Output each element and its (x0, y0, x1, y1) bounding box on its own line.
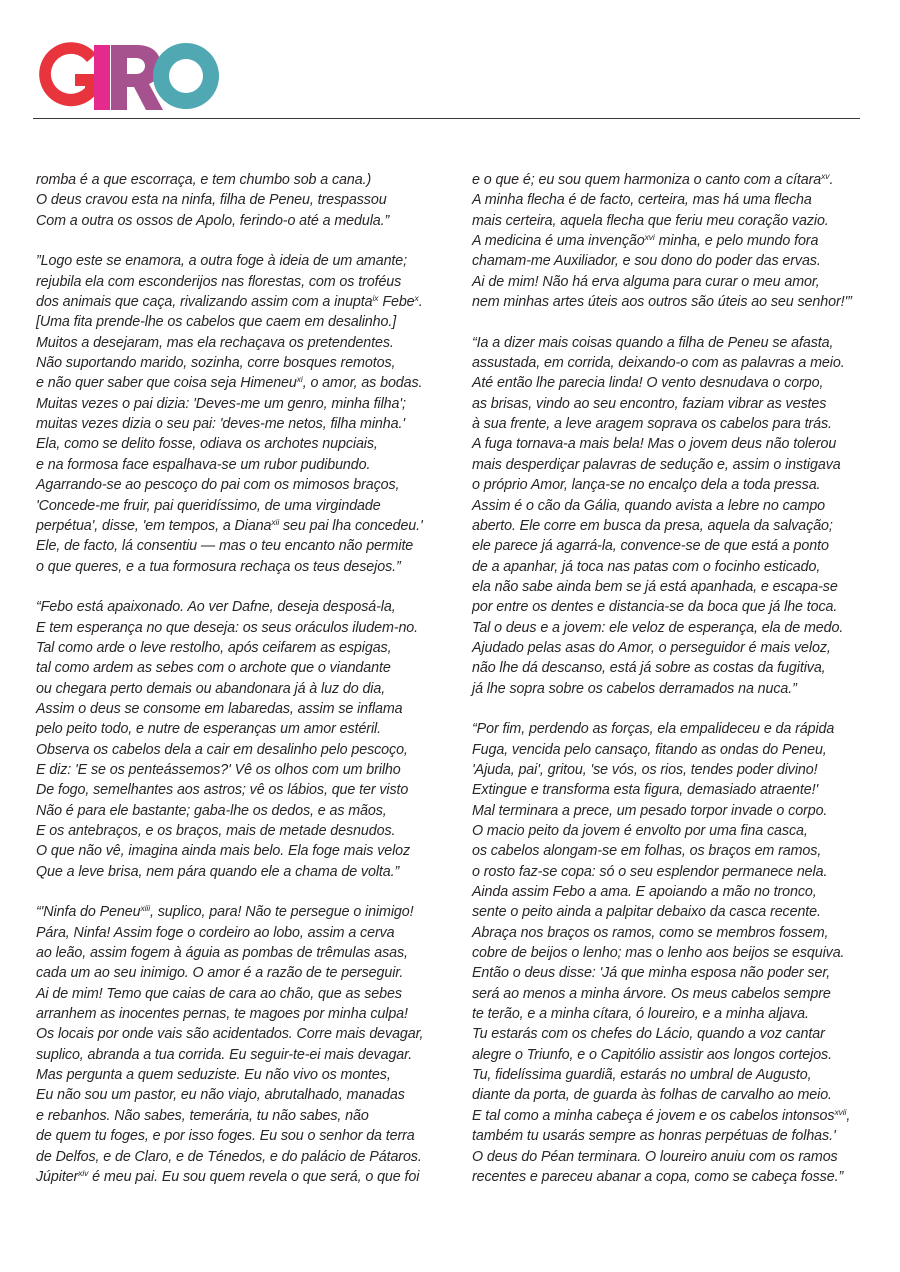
verse-line: “'Ninfa do Peneuxiii, suplico, para! Não… (36, 902, 456, 922)
verse-text: , (846, 1108, 850, 1124)
stanza: “'Ninfa do Peneuxiii, suplico, para! Não… (36, 902, 456, 1187)
verse-line: assustada, em corrida, deixando-o com as… (472, 353, 892, 373)
verse-line: Assim é o cão da Gália, quando avista a … (472, 496, 892, 516)
verse-line: perpétua', disse, 'em tempos, a Dianaxii… (36, 516, 456, 536)
verse-text: minha, e pelo mundo fora (655, 233, 819, 249)
verse-line: Ajudado pelas asas do Amor, o perseguido… (472, 638, 892, 658)
verse-line: Assim o deus se consome em labaredas, as… (36, 699, 456, 719)
verse-line: mais certeira, aquela flecha que feriu m… (472, 211, 892, 231)
verse-line: E tem esperança no que deseja: os seus o… (36, 618, 456, 638)
verse-line: Até então lhe parecia linda! O vento des… (472, 373, 892, 393)
footnote-marker: xiii (140, 903, 150, 913)
verse-line: ele parece já agarrá-la, convence-se de … (472, 536, 892, 556)
verse-text: A medicina é uma invenção (472, 233, 645, 249)
verse-line: rejubila ela com esconderijos nas flores… (36, 272, 456, 292)
text-column-right: e o que é; eu sou quem harmoniza o canto… (472, 170, 892, 1208)
verse-line: o que queres, e a tua formosura rechaça … (36, 557, 456, 577)
verse-line: Mas pergunta a quem seduziste. Eu não vi… (36, 1065, 456, 1085)
verse-text: E tal como a minha cabeça é jovem e os c… (472, 1108, 834, 1124)
verse-line: de quem tu foges, e por isso foges. Eu s… (36, 1126, 456, 1146)
verse-line: Eu não sou um pastor, eu não viajo, abru… (36, 1085, 456, 1105)
verse-line: Ai de mim! Temo que caias de cara ao chã… (36, 984, 456, 1004)
verse-line: Os locais por onde vais são acidentados.… (36, 1024, 456, 1044)
verse-line: O que não vê, imagina ainda mais belo. E… (36, 841, 456, 861)
verse-line: Observa os cabelos dela a cair em desali… (36, 740, 456, 760)
verse-line: aberto. Ele corre em busca da presa, aqu… (472, 516, 892, 536)
verse-line: Tal o deus e a jovem: ele veloz de esper… (472, 618, 892, 638)
verse-line: O deus cravou esta na ninfa, filha de Pe… (36, 190, 456, 210)
stanza: “Febo está apaixonado. Ao ver Dafne, des… (36, 597, 456, 882)
verse-line: Tal como arde o leve restolho, após ceif… (36, 638, 456, 658)
verse-line: Tu estarás com os chefes do Lácio, quand… (472, 1024, 892, 1044)
verse-text: e não quer saber que coisa seja Himeneu (36, 375, 297, 391)
verse-line: de a apanhar, já toca nas patas com o fo… (472, 557, 892, 577)
giro-logo-icon (33, 42, 223, 112)
verse-line: Muitas vezes o pai dizia: 'Deves-me um g… (36, 394, 456, 414)
verse-line: recentes e pareceu abanar a copa, como s… (472, 1167, 892, 1187)
verse-line: Que a leve brisa, nem pára quando ele a … (36, 862, 456, 882)
stanza: “Ia a dizer mais coisas quando a filha d… (472, 333, 892, 699)
verse-line: ela não sabe ainda bem se já está apanha… (472, 577, 892, 597)
verse-line: Mal terminara a prece, um pesado torpor … (472, 801, 892, 821)
verse-line: Ainda assim Febo a ama. E apoiando a mão… (472, 882, 892, 902)
verse-line: 'Concede-me fruir, pai queridíssimo, de … (36, 496, 456, 516)
verse-line: A minha flecha é de facto, certeira, mas… (472, 190, 892, 210)
verse-line: romba é a que escorraça, e tem chumbo so… (36, 170, 456, 190)
verse-line: será ao menos a minha árvore. Os meus ca… (472, 984, 892, 1004)
verse-text: dos animais que caça, rivalizando assim … (36, 294, 373, 310)
verse-line: nem minhas artes úteis aos outros são út… (472, 292, 892, 312)
verse-line: te terão, e a minha cítara, ó loureiro, … (472, 1004, 892, 1024)
stanza: “Por fim, perdendo as forças, ela empali… (472, 719, 892, 1187)
verse-line: dos animais que caça, rivalizando assim … (36, 292, 456, 312)
verse-text: perpétua', disse, 'em tempos, a Diana (36, 518, 271, 534)
footnote-marker: xiv (78, 1168, 88, 1178)
verse-line: as brisas, vindo ao seu encontro, faziam… (472, 394, 892, 414)
verse-line: Ele, de facto, lá consentiu — mas o teu … (36, 536, 456, 556)
verse-line: A medicina é uma invençãoxvi minha, e pe… (472, 231, 892, 251)
verse-line: E diz: 'E se os penteássemos?' Vê os olh… (36, 760, 456, 780)
verse-line: Com a outra os ossos de Apolo, ferindo-o… (36, 211, 456, 231)
verse-line: A fuga tornava-a mais bela! Mas o jovem … (472, 434, 892, 454)
verse-line: Abraça nos braços os ramos, como se memb… (472, 923, 892, 943)
verse-line: muitas vezes dizia o seu pai: 'deves-me … (36, 414, 456, 434)
verse-line: Tu, fidelíssima guardiã, estarás no umbr… (472, 1065, 892, 1085)
verse-line: o próprio Amor, lança-se no encalço dela… (472, 475, 892, 495)
verse-text: , o amor, as bodas. (303, 375, 423, 391)
verse-line: Fuga, vencida pelo cansaço, fitando as o… (472, 740, 892, 760)
verse-line: Então o deus disse: 'Já que minha esposa… (472, 963, 892, 983)
verse-line: E tal como a minha cabeça é jovem e os c… (472, 1106, 892, 1126)
verse-line: O deus do Péan terminara. O loureiro anu… (472, 1147, 892, 1167)
verse-line: “Ia a dizer mais coisas quando a filha d… (472, 333, 892, 353)
verse-text: “'Ninfa do Peneu (36, 904, 140, 920)
verse-line: Ela, como se delito fosse, odiava os arc… (36, 434, 456, 454)
verse-line: os cabelos alongam-se em folhas, os braç… (472, 841, 892, 861)
verse-line: sente o peito ainda a palpitar debaixo d… (472, 902, 892, 922)
verse-line: não lhe dá descanso, está já sobre as co… (472, 658, 892, 678)
verse-line: E os antebraços, e os braços, mais de me… (36, 821, 456, 841)
verse-line: pelo peito todo, e nutre de esperanças u… (36, 719, 456, 739)
footnote-marker: xii (271, 517, 279, 527)
stanza: e o que é; eu sou quem harmoniza o canto… (472, 170, 892, 312)
verse-line: Muitos a desejaram, mas ela rechaçava os… (36, 333, 456, 353)
verse-line: e rebanhos. Não sabes, temerária, tu não… (36, 1106, 456, 1126)
verse-line: [Uma fita prende-lhe os cabelos que caem… (36, 312, 456, 332)
verse-line: “Febo está apaixonado. Ao ver Dafne, des… (36, 597, 456, 617)
verse-line: alegre o Triunfo, e o Capitólio assistir… (472, 1045, 892, 1065)
verse-line: ou chegara perto demais ou abandonara já… (36, 679, 456, 699)
verse-text: é meu pai. Eu sou quem revela o que será… (88, 1169, 419, 1185)
verse-line: tal como ardem as sebes com o archote qu… (36, 658, 456, 678)
verse-line: cada um ao seu inimigo. O amor é a razão… (36, 963, 456, 983)
verse-text: . (419, 294, 423, 310)
verse-line: também tu usarás sempre as honras perpét… (472, 1126, 892, 1146)
verse-line: ”Logo este se enamora, a outra foge à id… (36, 251, 456, 271)
verse-line: mais desperdiçar palavras de sedução e, … (472, 455, 892, 475)
verse-text: seu pai lha concedeu.' (279, 518, 423, 534)
verse-line: De fogo, semelhantes aos astros; vê os l… (36, 780, 456, 800)
verse-line: Extingue e transforma esta figura, demas… (472, 780, 892, 800)
footnote-marker: xvi (645, 232, 655, 242)
verse-line: Ai de mim! Não há erva alguma para curar… (472, 272, 892, 292)
verse-text: Febe (378, 294, 414, 310)
verse-line: cobre de beijos o lenho; mas o lenho aos… (472, 943, 892, 963)
stanza: romba é a que escorraça, e tem chumbo so… (36, 170, 456, 231)
verse-line: O macio peito da jovem é envolto por uma… (472, 821, 892, 841)
verse-line: 'Ajuda, pai', gritou, 'se vós, os rios, … (472, 760, 892, 780)
verse-line: e o que é; eu sou quem harmoniza o canto… (472, 170, 892, 190)
verse-line: ao leão, assim fogem à águia as pombas d… (36, 943, 456, 963)
verse-line: à sua frente, a leve aragem soprava os c… (472, 414, 892, 434)
verse-line: Não é para ele bastante; gaba-lhe os ded… (36, 801, 456, 821)
verse-line: chamam-me Auxiliador, e sou dono do pode… (472, 251, 892, 271)
footnote-marker: xvii (834, 1107, 846, 1117)
verse-line: por entre os dentes e distancia-se da bo… (472, 597, 892, 617)
verse-line: diante da porta, de guarda às folhas de … (472, 1085, 892, 1105)
text-column-left: romba é a que escorraça, e tem chumbo so… (36, 170, 456, 1208)
verse-line: e não quer saber que coisa seja Himeneux… (36, 373, 456, 393)
verse-text: e o que é; eu sou quem harmoniza o canto… (472, 172, 821, 188)
verse-line: já lhe sopra sobre os cabelos derramados… (472, 679, 892, 699)
verse-line: “Por fim, perdendo as forças, ela empali… (472, 719, 892, 739)
verse-line: Não suportando marido, sozinha, corre bo… (36, 353, 456, 373)
verse-line: arranhem as inocentes pernas, te magoes … (36, 1004, 456, 1024)
verse-text: , suplico, para! Não te persegue o inimi… (150, 904, 414, 920)
verse-line: o rosto faz-se copa: só o seu esplendor … (472, 862, 892, 882)
verse-line: e na formosa face espalhava-se um rubor … (36, 455, 456, 475)
verse-line: Júpiterxiv é meu pai. Eu sou quem revela… (36, 1167, 456, 1187)
verse-text: Júpiter (36, 1169, 78, 1185)
verse-text: . (829, 172, 833, 188)
verse-line: Agarrando-se ao pescoço do pai com os mi… (36, 475, 456, 495)
verse-line: de Delfos, e de Claro, e de Ténedos, e d… (36, 1147, 456, 1167)
giro-logo (33, 42, 223, 112)
verse-line: suplico, abranda a tua corrida. Eu segui… (36, 1045, 456, 1065)
stanza: ”Logo este se enamora, a outra foge à id… (36, 251, 456, 577)
verse-line: Pára, Ninfa! Assim foge o cordeiro ao lo… (36, 923, 456, 943)
header-divider (33, 118, 860, 119)
